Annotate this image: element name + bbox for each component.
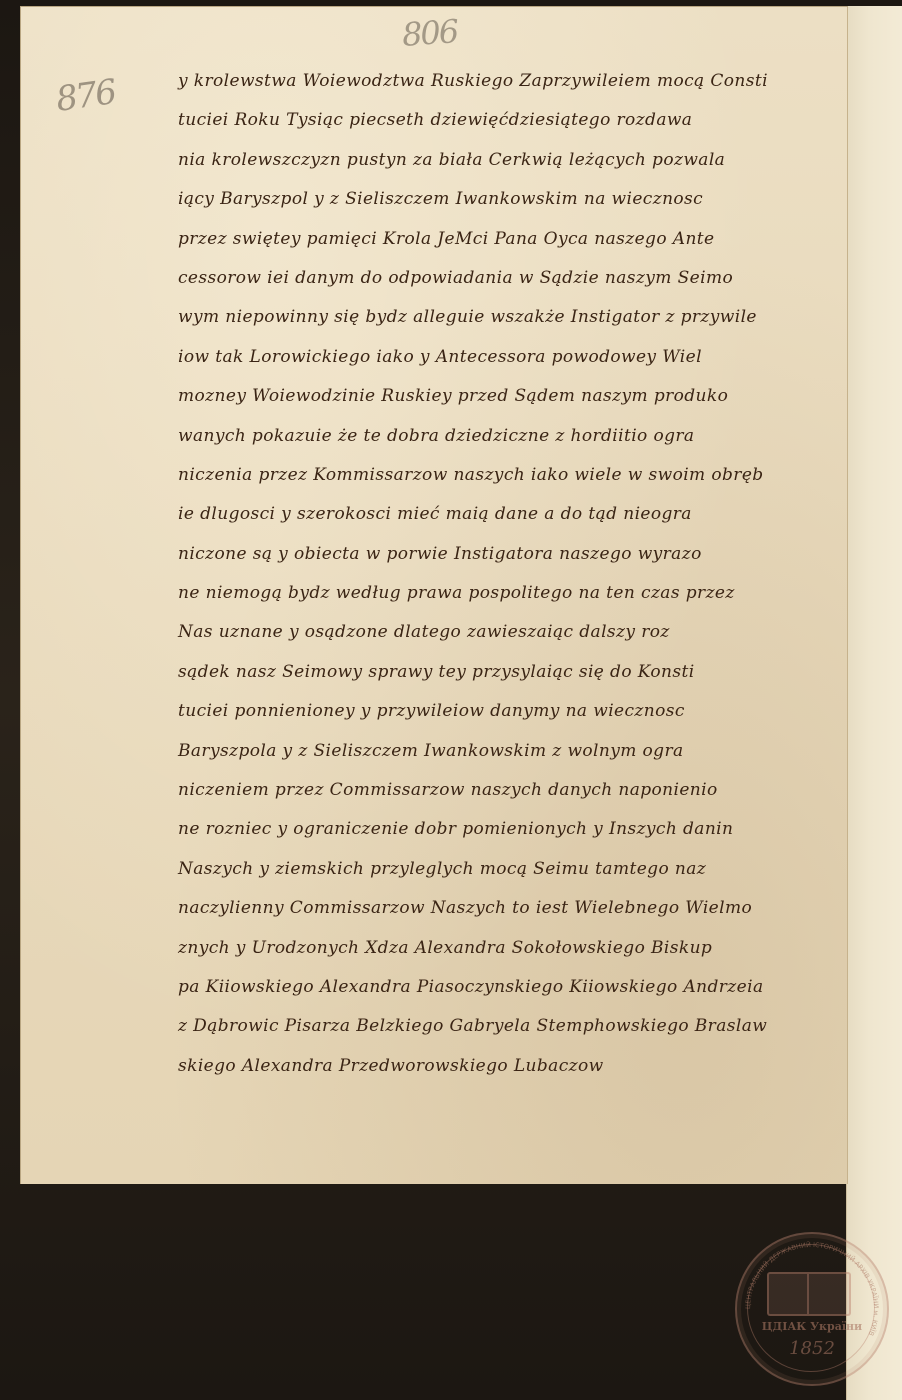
text-line: Nas uznane y osądzone dlatego zawieszaią… <box>178 613 818 652</box>
text-line: wym niepowinny się bydz alleguie wszakże… <box>178 298 818 337</box>
text-line: niczenia przez Kommissarzow naszych iako… <box>178 456 818 495</box>
text-line: znych y Urodzonych Xdza Alexandra Sokoło… <box>178 929 818 968</box>
text-line: wanych pokazuie że te dobra dziedziczne … <box>178 417 818 456</box>
text-line: Baryszpola y z Sieliszczem Iwankowskim z… <box>178 732 818 771</box>
text-line: sądek nasz Seimowy sprawy tey przysylaią… <box>178 653 818 692</box>
text-line: cessorow iei danym do odpowiadania w Sąd… <box>178 259 818 298</box>
text-line: przez swiętey pamięci Krola JeMci Pana O… <box>178 220 818 259</box>
folio-number-left: 876 <box>54 72 118 120</box>
text-line: skiego Alexandra Przedworowskiego Lubacz… <box>178 1047 818 1086</box>
folio-number-top: 806 <box>401 12 459 54</box>
stamp-year: 1852 <box>737 1338 887 1359</box>
text-line: tuciei Roku Tysiąc piecseth dziewięćdzie… <box>178 101 818 140</box>
open-book-icon <box>767 1272 851 1316</box>
text-line: iow tak Lorowickiego iako y Antecessora … <box>178 338 818 377</box>
handwritten-text-block: y krolewstwa Woiewodztwa Ruskiego Zaprzy… <box>178 62 818 1086</box>
text-line: y krolewstwa Woiewodztwa Ruskiego Zaprzy… <box>178 62 818 101</box>
text-line: iący Baryszpol y z Sieliszczem Iwankowsk… <box>178 180 818 219</box>
text-line: z Dąbrowic Pisarza Belzkiego Gabryela St… <box>178 1007 818 1046</box>
text-line: mozney Woiewodzinie Ruskiey przed Sądem … <box>178 377 818 416</box>
flyleaf-page-edge <box>846 6 902 1400</box>
text-line: tuciei ponnienioney y przywileiow danymy… <box>178 692 818 731</box>
text-line: ne niemogą bydz według prawa pospolitego… <box>178 574 818 613</box>
text-line: niczeniem przez Commissarzow naszych dan… <box>178 771 818 810</box>
stamp-archive-name: ЦДІАК України <box>737 1320 887 1333</box>
text-line: ne rozniec y ograniczenie dobr pomienion… <box>178 810 818 849</box>
text-line: naczylienny Commissarzow Naszych to iest… <box>178 889 818 928</box>
text-line: Naszych y ziemskich przyleglych mocą Sei… <box>178 850 818 889</box>
text-line: ie dlugosci y szerokosci mieć maią dane … <box>178 495 818 534</box>
text-line: niczone są y obiecta w porwie Instigator… <box>178 535 818 574</box>
text-line: pa Kiiowskiego Alexandra Piasoczynskiego… <box>178 968 818 1007</box>
text-line: nia krolewszczyzn pustyn za biała Cerkwi… <box>178 141 818 180</box>
archive-stamp: ЦЕНТРАЛЬНИЙ ДЕРЖАВНИЙ ІСТОРИЧНИЙ АРХІВ У… <box>735 1232 889 1386</box>
